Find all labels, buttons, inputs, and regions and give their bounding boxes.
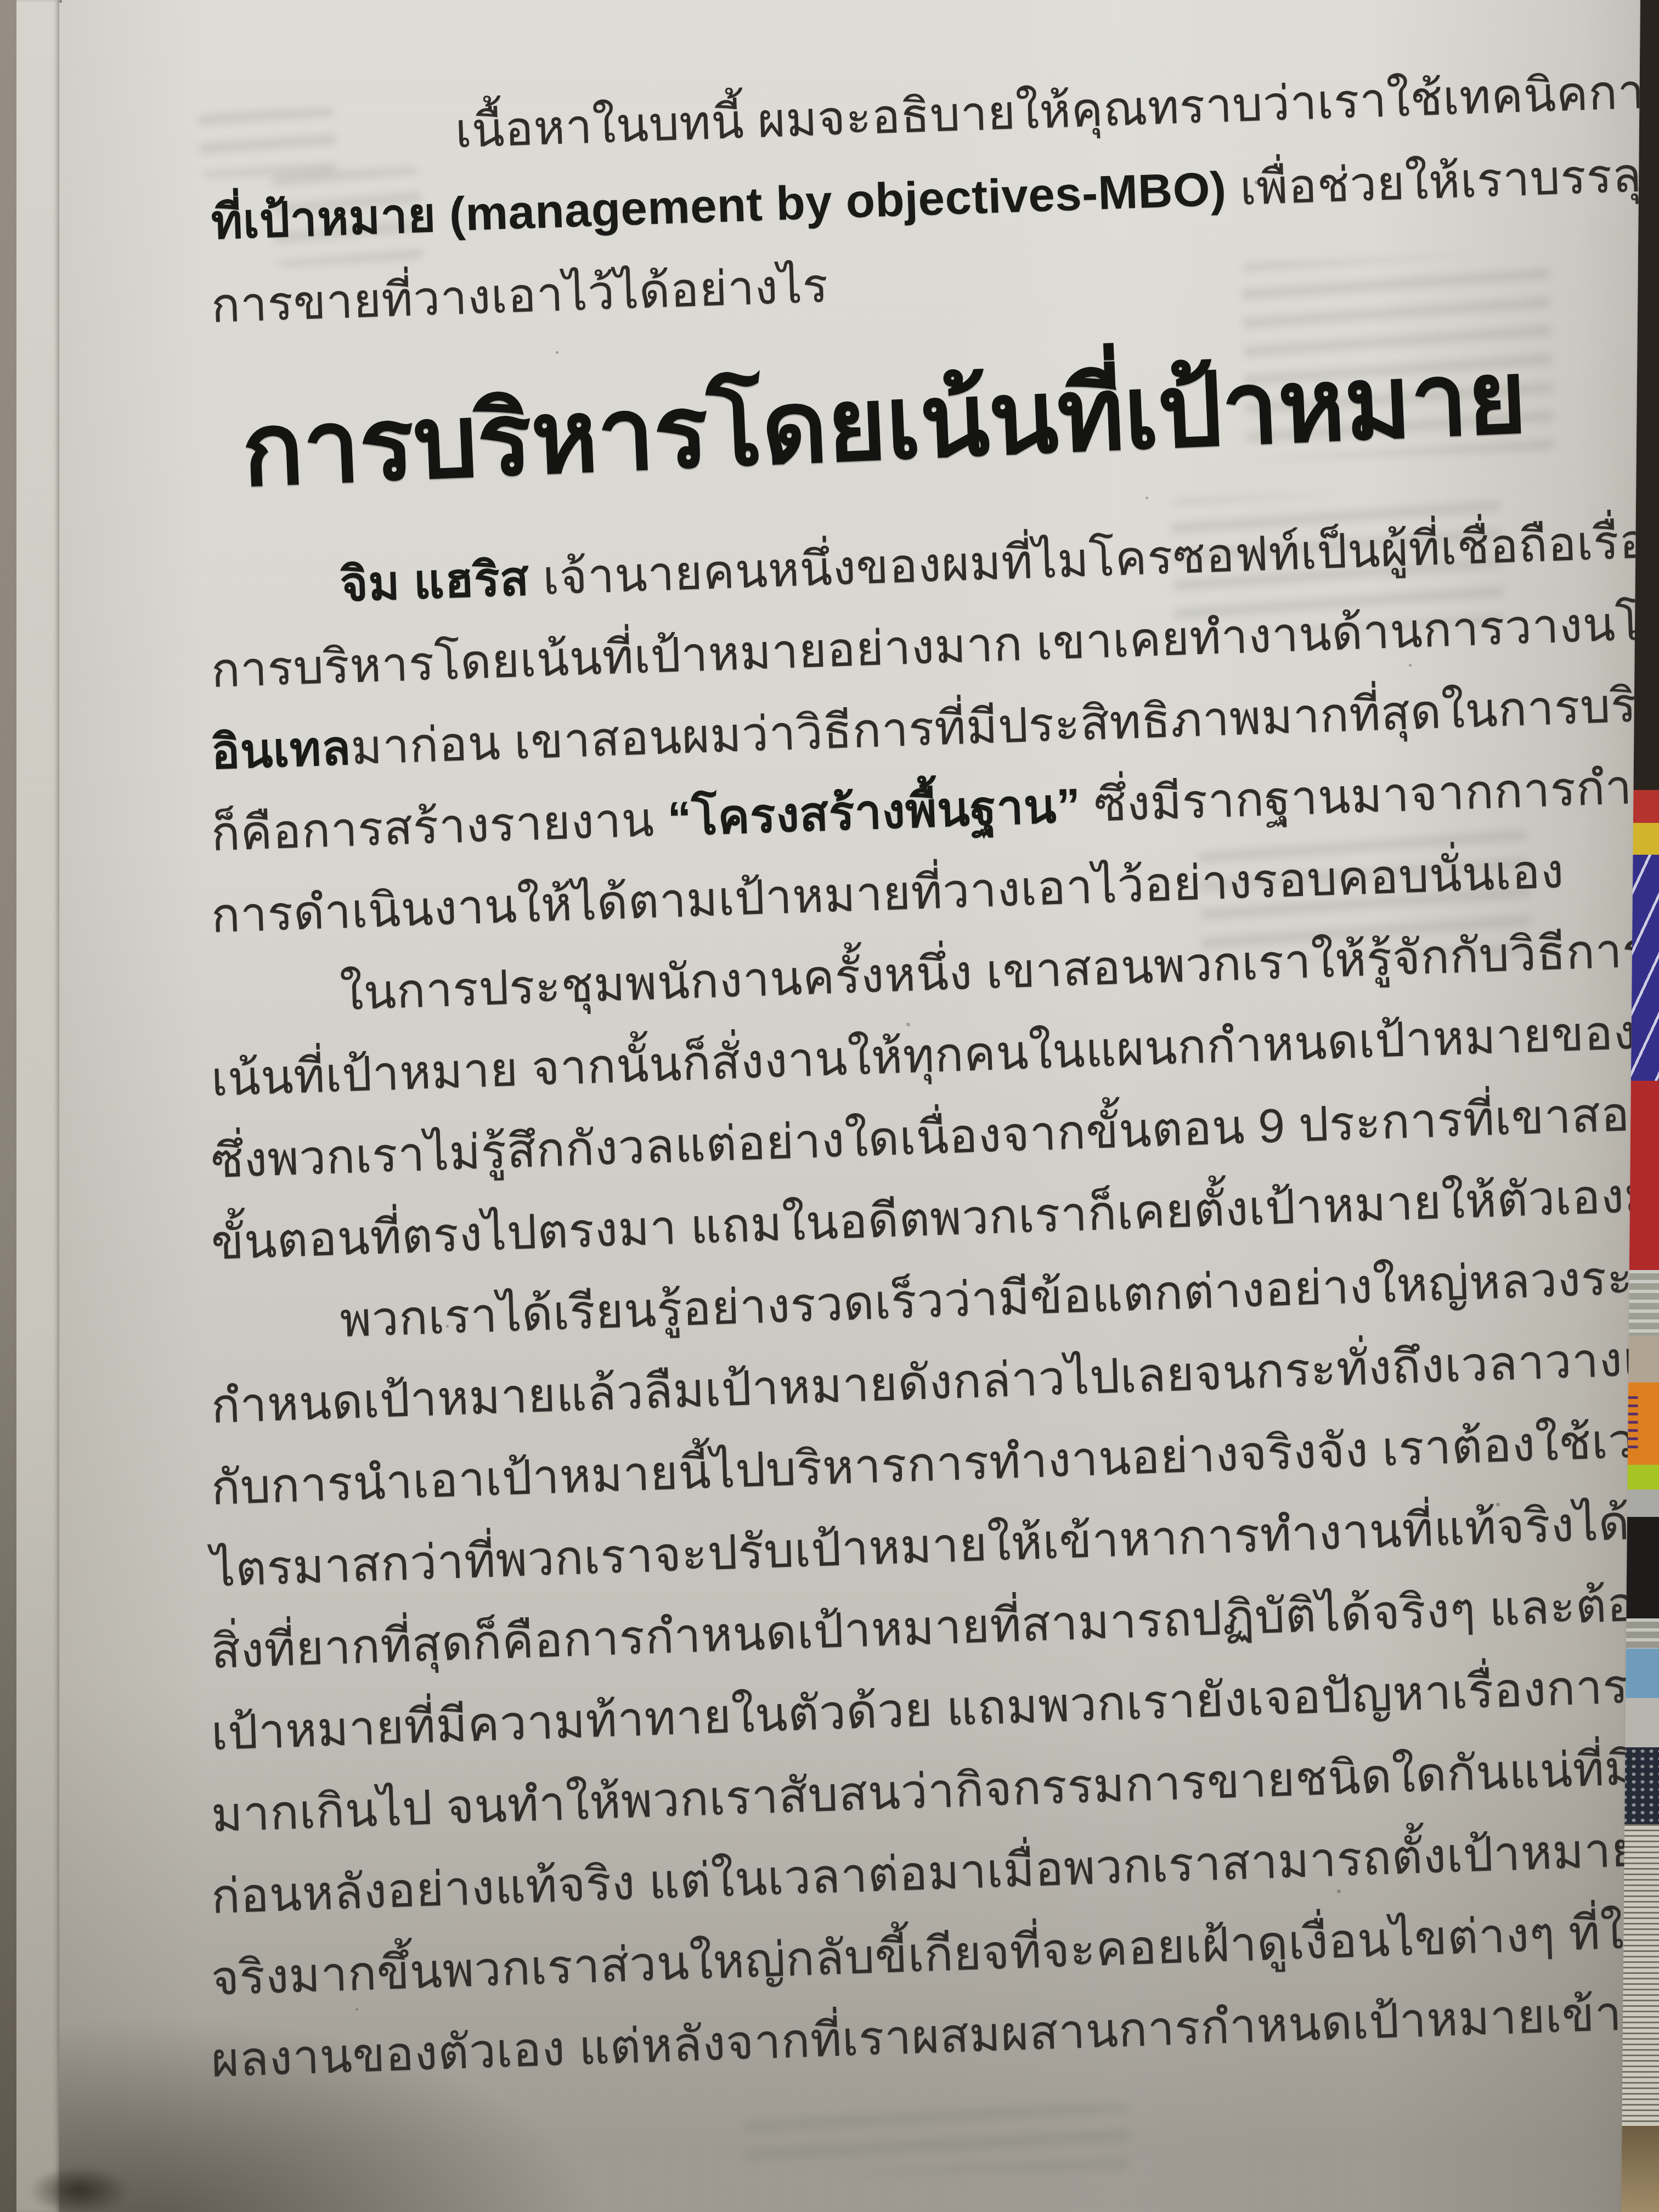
book-cover-edge — [0, 0, 16, 2212]
text-segment: เพื่อช่วยให้เราบรรลุเป้าหมาย — [1226, 142, 1659, 216]
intro-paragraph: เนื้อหาในบทนี้ ผมจะอธิบายให้คุณทราบว่าเร… — [211, 98, 1558, 348]
bold-text-segment: “โครงสร้างพื้นฐาน” — [667, 778, 1082, 845]
book-page-photo: เนื้อหาในบทนี้ ผมจะอธิบายให้คุณทราบว่าเร… — [0, 0, 1659, 2212]
book-spine — [1621, 1698, 1659, 1747]
bold-text-segment: อินเทล — [210, 721, 352, 779]
book-spine — [1621, 1649, 1659, 1698]
page-surface: เนื้อหาในบทนี้ ผมจะอธิบายให้คุณทราบว่าเร… — [59, 0, 1659, 2212]
corner-shadow — [29, 2166, 130, 2212]
text-segment: การขายที่วางเอาไว้ได้อย่างไร — [210, 259, 829, 332]
body-paragraphs: จิม แฮริส เจ้านายคนหนึ่งของผมที่ไมโครซอฟ… — [211, 548, 1558, 2101]
section-title: การบริหารโดยเน้นที่เป้าหมาย — [208, 324, 1560, 523]
text-segment: ซึ่งมีรากฐานมาจากการกำหนดและ — [1080, 754, 1659, 832]
book-spine — [1621, 1824, 1659, 2126]
page-text: เนื้อหาในบทนี้ ผมจะอธิบายให้คุณทราบว่าเร… — [211, 98, 1558, 2101]
bold-text-segment: จิม แฮริส — [339, 552, 530, 611]
show-through-smudge — [744, 2103, 1130, 2176]
book-spine — [1621, 2126, 1659, 2212]
book-spine — [1621, 1747, 1659, 1824]
paper-speckles — [59, 0, 62, 3]
text-segment: ก็คือการสร้างรายงาน — [210, 792, 668, 861]
page-stack-edge — [16, 0, 60, 2212]
book-spine — [1621, 1618, 1659, 1649]
